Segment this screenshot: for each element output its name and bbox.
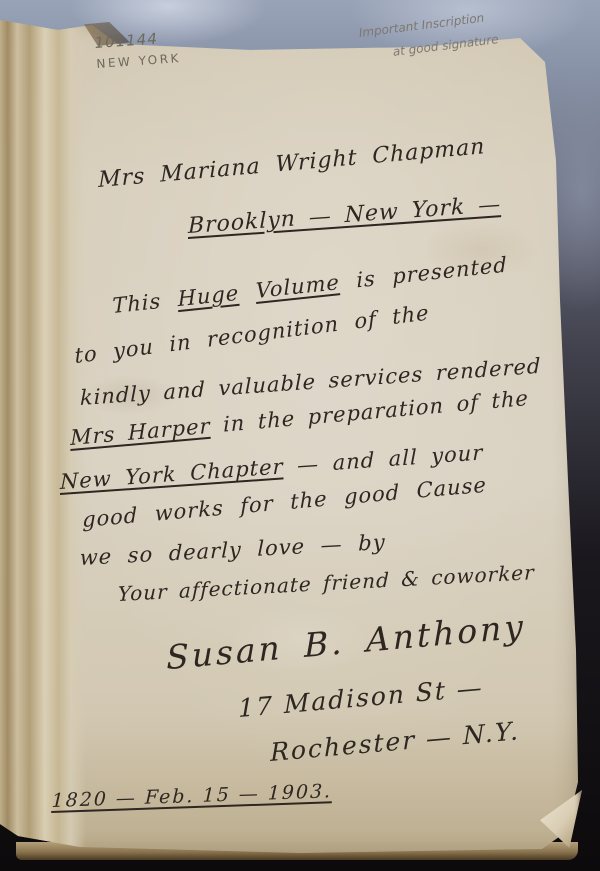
book-flyleaf-photo: 101144 NEW YORK Important Inscription at… bbox=[0, 0, 600, 871]
text-segment bbox=[239, 279, 256, 305]
